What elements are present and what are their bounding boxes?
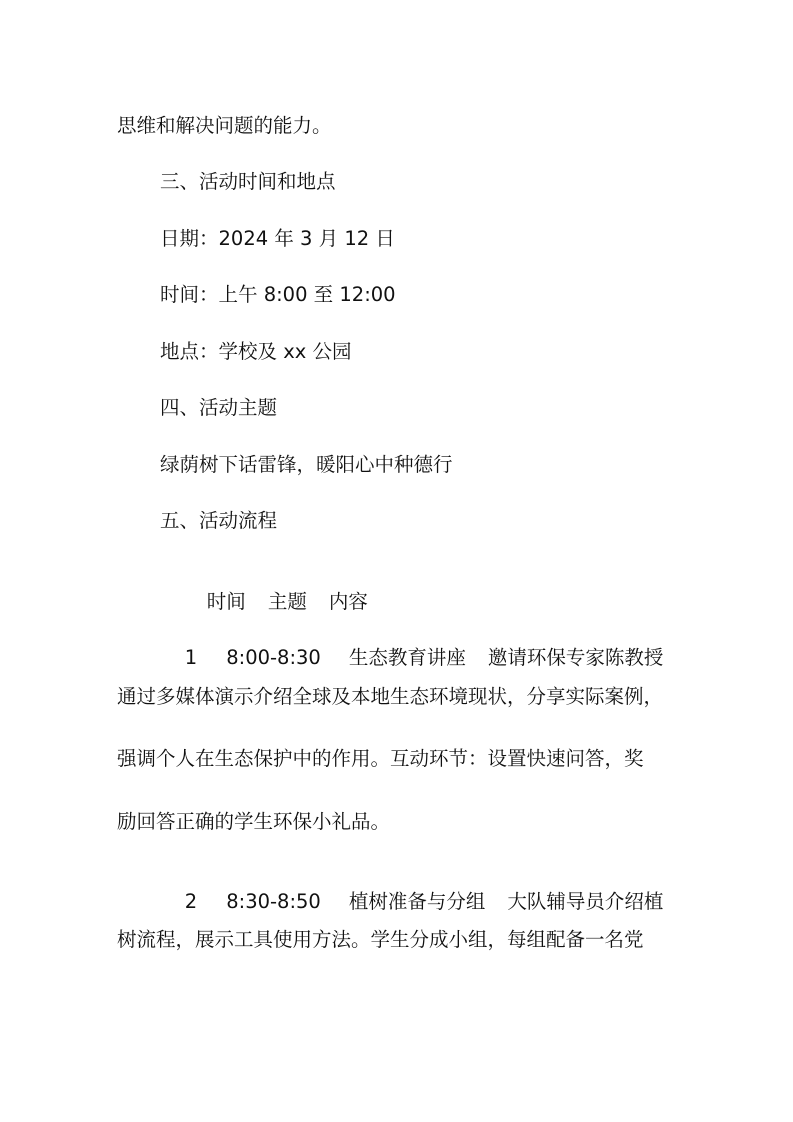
row-topic: 植树准备与分组	[349, 890, 486, 913]
row-number: 2	[185, 890, 197, 913]
theme-text: 绿荫树下话雷锋，暖阳心中种德行	[160, 453, 453, 477]
time-line: 时间：上午 8:00 至 12:00	[160, 283, 396, 307]
row-content-continued: 通过多媒体演示介绍全球及本地生态环境现状，分享实际案例，	[117, 685, 663, 709]
section-heading-time-place: 三、活动时间和地点	[160, 170, 336, 194]
row-content-continued: 励回答正确的学生环保小礼品。	[117, 810, 390, 834]
row-content-continued: 强调个人在生态保护中的作用。互动环节：设置快速问答，奖	[117, 747, 644, 771]
section-heading-process: 五、活动流程	[160, 509, 277, 533]
location-line: 地点：学校及 xx 公园	[160, 340, 351, 364]
date-line: 日期：2024 年 3 月 12 日	[160, 227, 395, 251]
row-content: 邀请环保专家陈教授	[488, 646, 664, 669]
header-content: 内容	[329, 590, 368, 613]
row-topic: 生态教育讲座	[349, 646, 466, 669]
row-time: 8:30-8:50	[226, 890, 321, 913]
row-content: 大队辅导员介绍植	[507, 890, 663, 913]
section-heading-theme: 四、活动主题	[160, 396, 277, 420]
table-row: 18:00-8:30生态教育讲座邀请环保专家陈教授	[160, 622, 663, 694]
header-time: 时间	[207, 590, 246, 613]
header-topic: 主题	[268, 590, 307, 613]
row-time: 8:00-8:30	[226, 646, 321, 669]
row-number: 1	[185, 646, 197, 669]
paragraph-text: 思维和解决问题的能力。	[117, 114, 332, 138]
row-content-continued: 树流程，展示工具使用方法。学生分成小组，每组配备一名党	[117, 928, 644, 952]
